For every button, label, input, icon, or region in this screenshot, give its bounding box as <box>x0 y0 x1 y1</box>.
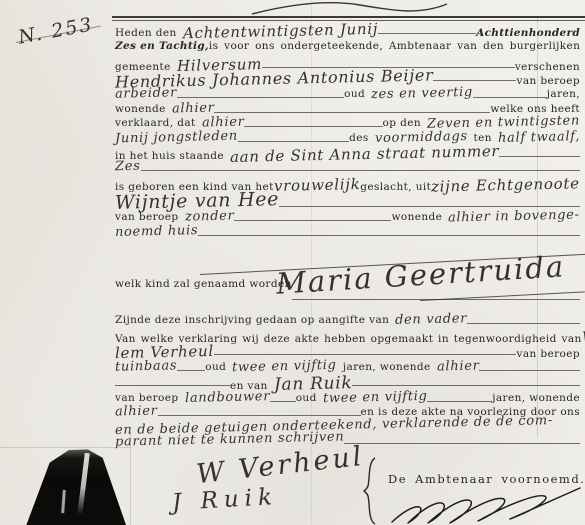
form-line-date: Heden den Achtentwintigsten Junij Achtti… <box>115 22 580 37</box>
fold-line-right <box>537 18 538 438</box>
printed-heden-den: Heden den <box>115 27 177 39</box>
printed-welk-kind: welk kind zal genaamd worden <box>115 278 292 290</box>
witness1-signature: W Verheul <box>195 443 366 489</box>
hand-birth-month: Junij jongstleden <box>115 129 238 147</box>
artifact-highlight <box>78 453 91 516</box>
hand-declarant-occupation: arbeider <box>115 85 177 101</box>
form-line-declarant-occupation: arbeider oud zes en veertig jaren, <box>115 86 580 101</box>
witness2-signature-text: J Ruik <box>171 484 278 516</box>
hand-mother-residence-1: alhier in bovenge- <box>448 208 580 226</box>
printed-oud-2: oud <box>205 361 226 373</box>
hand-child-name-wrap: Maria Geertruida <box>276 258 565 292</box>
hand-den-vader: den vader <box>395 311 467 328</box>
underlying-page-edge <box>0 447 130 448</box>
form-line-child-sex: is geboren een kind van het vrouwelijk g… <box>115 176 580 191</box>
header-rule-top <box>112 16 585 18</box>
gutter-crease <box>130 432 131 525</box>
printed-registrar-intro: is voor ons ondergeteekende, Ambtenaar v… <box>209 40 585 52</box>
hand-birth-hour: half twaalf, <box>498 129 580 146</box>
form-line-mother-residence-2: noemd huis <box>115 224 580 239</box>
witness2-signature: J Ruik <box>172 485 279 515</box>
printed-des: des <box>349 132 369 144</box>
form-line-mother-occupation: van beroep zonder wonende alhier in bove… <box>115 209 580 224</box>
hand-witness1-residence: alhier <box>436 359 479 375</box>
printed-van-beroep-4: van beroep <box>115 392 179 404</box>
hand-act-date: Achtentwintigsten Junij <box>183 20 378 42</box>
printed-year-words: Zes en Tachtig, <box>115 40 209 52</box>
act-number: N. 253 <box>17 14 95 48</box>
act-number-text: N. 253 <box>17 13 95 48</box>
fold-line-center <box>311 0 312 525</box>
form-line-house: in het huis staande aan de Sint Anna str… <box>115 145 580 160</box>
printed-op-den: op den <box>383 117 421 129</box>
form-line-declaration-place: verklaard, dat alhier op den Zeven en tw… <box>115 115 580 130</box>
hand-house-number: Zes <box>115 159 141 175</box>
printed-oud-1: oud <box>344 88 365 100</box>
hand-mother-occupation: zonder <box>184 208 234 224</box>
hand-witness1-occupation: tuinbaas <box>115 358 178 374</box>
hand-witness1-name-part1: Wil- <box>581 328 585 347</box>
form-line-year: Zes en Tachtig, is voor ons ondergeteeke… <box>115 40 580 55</box>
hand-mother-residence-2: noemd huis <box>115 223 199 240</box>
scan-artifact-object <box>20 447 126 525</box>
birth-certificate-scan: N. 253 Heden den Achtentwintigsten Junij… <box>0 0 585 525</box>
form-line-birth-time: Junij jongstleden des voormiddags ten ha… <box>115 130 580 145</box>
form-line-house-number: Zes <box>115 159 580 174</box>
printed-wonende-2: wonende <box>391 211 442 223</box>
form-line-closing-1: en de beide getuigen onderteekend, verkl… <box>115 418 580 433</box>
form-line-declarant-name: Hendrikus Johannes Antonius Beijer van b… <box>115 69 580 84</box>
officer-signature <box>390 480 583 525</box>
printed-jaren-wonende-1: jaren, wonende <box>343 361 431 373</box>
form-line-witness1-name: lem Verheul van beroep <box>115 343 580 358</box>
brace-icon <box>362 456 378 525</box>
printed-zijnde-inschrijving: Zijnde deze inschrijving gedaan op aangi… <box>115 314 389 326</box>
form-line-declarant-residence: wonende alhier welke ons heeft <box>115 101 580 116</box>
printed-wonende-1: wonende <box>115 103 166 115</box>
printed-oud-3: oud <box>296 392 317 404</box>
hand-witness1-age: twee en vijftig <box>232 358 337 375</box>
witness1-signature-text: W Verheul <box>195 441 366 490</box>
form-line-witness2-details: van beroep landbouwer oud twee en vijfti… <box>115 390 580 405</box>
printed-jaren-1: jaren, <box>547 88 580 100</box>
printed-achttienhonderd: Achttienhonderd <box>476 27 580 39</box>
printed-van-beroep-2: van beroep <box>115 211 179 223</box>
artifact-highlight-2 <box>62 490 67 514</box>
hand-declarant-age: zes en veertig <box>371 85 473 102</box>
form-line-witness-intro: Van welke verklaring wij deze akte hebbe… <box>115 328 580 343</box>
form-line-aangifte: Zijnde deze inschrijving gedaan op aangi… <box>115 312 580 327</box>
printed-verklaard-dat: verklaard, dat <box>115 117 196 129</box>
form-line-witness2-name: en van Jan Ruik <box>115 374 580 389</box>
previous-record-flourish <box>250 0 450 17</box>
form-line-witness1-details: tuinbaas oud twee en vijftig jaren, wone… <box>115 359 580 374</box>
